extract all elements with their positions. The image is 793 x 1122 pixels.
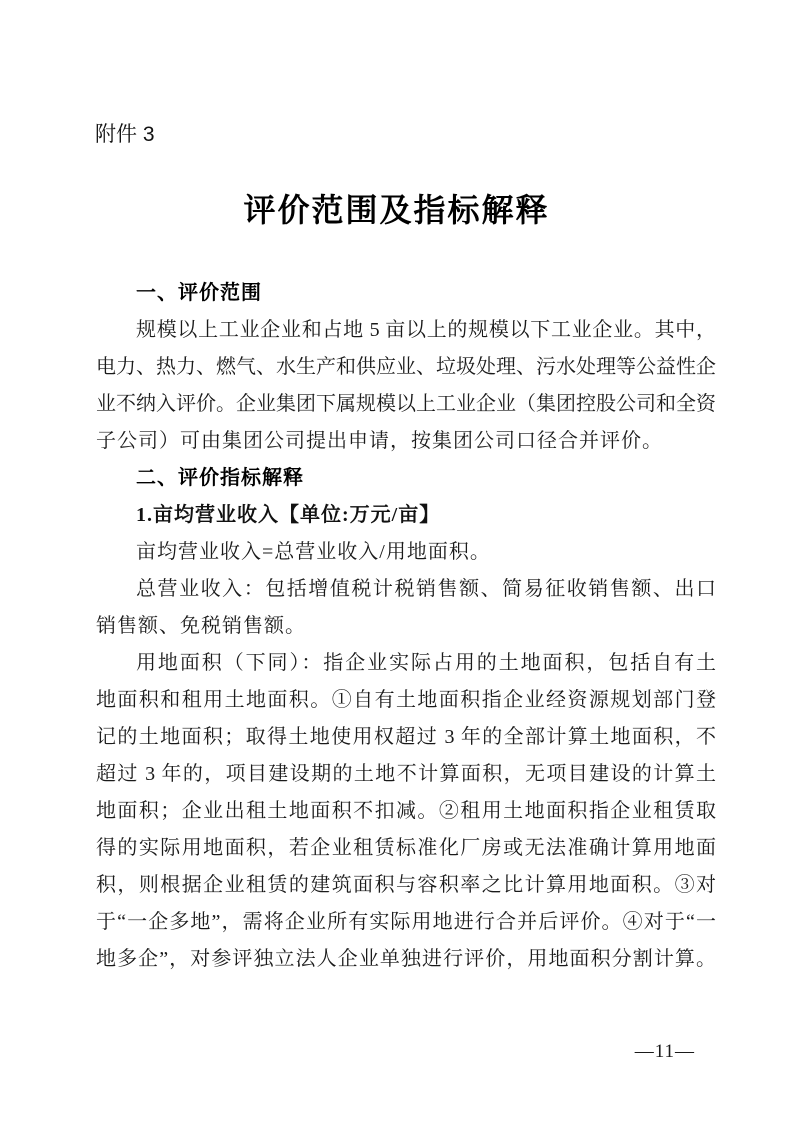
text-line: 地面积；企业出租土地面积不扣减。②租用土地面积指企业租赁取 [96, 793, 716, 830]
text-line: 电力、热力、燃气、水生产和供应业、垃圾处理、污水处理等公益性企 [96, 349, 716, 386]
text-line: 亩均营业收入=总营业收入/用地面积。 [96, 534, 716, 571]
indicator-title: 1.亩均营业收入【单位:万元/亩】 [96, 497, 716, 534]
page-number: —11— [635, 1041, 695, 1063]
text-line: 地面积和租用土地面积。①自有土地面积指企业经资源规划部门登 [96, 682, 716, 719]
text-line: 总营业收入：包括增值税计税销售额、简易征收销售额、出口 [96, 571, 716, 608]
text-line: 销售额、免税销售额。 [96, 608, 716, 645]
document-page: 附件 3 评价范围及指标解释 一、评价范围 规模以上工业企业和占地 5 亩以上的… [0, 0, 793, 1122]
text-line: 子公司）可由集团公司提出申请，按集团公司口径合并评价。 [96, 423, 716, 460]
text-line: 用地面积（下同）：指企业实际占用的土地面积，包括自有土 [96, 645, 716, 682]
text-line: 超过 3 年的，项目建设期的土地不计算面积，无项目建设的计算土 [96, 756, 716, 793]
text-line: 得的实际用地面积，若企业租赁标准化厂房或无法准确计算用地面 [96, 830, 716, 867]
text-line: 规模以上工业企业和占地 5 亩以上的规模以下工业企业。其中， [96, 312, 716, 349]
text-line: 积，则根据企业租赁的建筑面积与容积率之比计算用地面积。③对 [96, 867, 716, 904]
text-line: 于“一企多地”，需将企业所有实际用地进行合并后评价。④对于“一 [96, 904, 716, 941]
section-heading-indicators: 二、评价指标解释 [96, 460, 716, 497]
document-title: 评价范围及指标解释 [0, 190, 793, 230]
section-heading-scope: 一、评价范围 [96, 275, 716, 312]
attachment-label: 附件 3 [95, 121, 155, 148]
text-line: 业不纳入评价。企业集团下属规模以上工业企业（集团控股公司和全资 [96, 386, 716, 423]
text-line: 地多企”，对参评独立法人企业单独进行评价，用地面积分割计算。 [96, 941, 716, 978]
text-line: 记的土地面积；取得土地使用权超过 3 年的全部计算土地面积，不 [96, 719, 716, 756]
document-body: 一、评价范围 规模以上工业企业和占地 5 亩以上的规模以下工业企业。其中， 电力… [96, 275, 716, 978]
